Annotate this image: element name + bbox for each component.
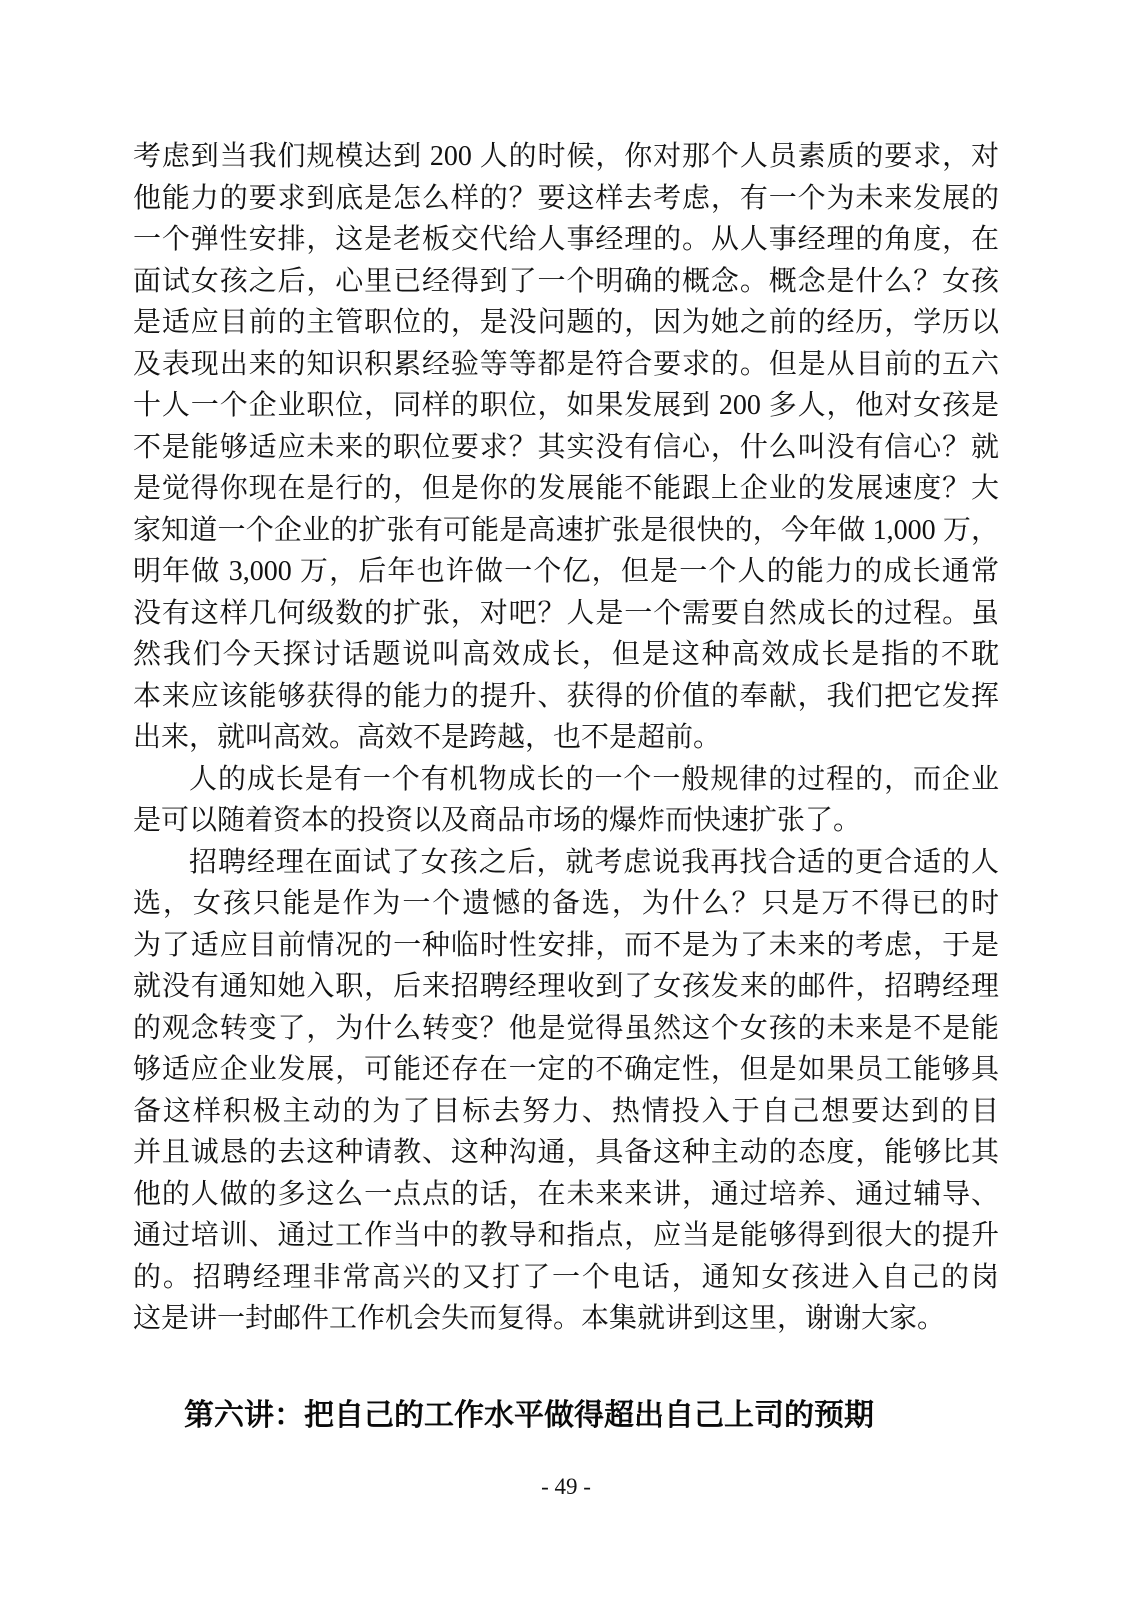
text-line: 这是讲一封邮件工作机会失而复得。本集就讲到这里，谢谢大家。 [133,1298,999,1340]
text-line: 明年做 3,000 万，后年也许做一个亿，但是一个人的能力的成长通常 [133,551,999,593]
text-line: 通过培训、通过工作当中的教导和指点，应当是能够得到很大的提升 [133,1215,999,1257]
text-line: 不是能够适应未来的职位要求？其实没有信心，什么叫没有信心？就 [133,427,999,469]
text-line: 够适应企业发展，可能还存在一定的不确定性，但是如果员工能够具 [133,1049,999,1091]
document-page: 考虑到当我们规模达到 200 人的时候，你对那个人员素质的要求，对 他能力的要求… [0,0,1131,1600]
text-line: 为了适应目前情况的一种临时性安排，而不是为了未来的考虑，于是 [133,925,999,967]
text-line: 本来应该能够获得的能力的提升、获得的价值的奉献，我们把它发挥 [133,676,999,718]
text-line: 并且诚恳的去这种请教、这种沟通，具备这种主动的态度，能够比其 [133,1132,999,1174]
page-number: - 49 - [133,1472,999,1502]
text-line: 没有这样几何级数的扩张，对吧？人是一个需要自然成长的过程。虽 [133,593,999,635]
text-line: 他能力的要求到底是怎么样的？要这样去考虑，有一个为未来发展的 [133,178,999,220]
text-line: 然我们今天探讨话题说叫高效成长，但是这种高效成长是指的不耽误， [133,634,999,676]
text-line: 出来，就叫高效。高效不是跨越，也不是超前。 [133,717,999,759]
text-line: 的观念转变了，为什么转变？他是觉得虽然这个女孩的未来是不是能 [133,1008,999,1050]
text-line: 是可以随着资本的投资以及商品市场的爆炸而快速扩张了。 [133,800,999,842]
text-line: 面试女孩之后，心里已经得到了一个明确的概念。概念是什么？女孩 [133,261,999,303]
text-line: 他的人做的多这么一点点的话，在未来来讲，通过培养、通过辅导、 [133,1174,999,1216]
text-line: 及表现出来的知识积累经验等等都是符合要求的。但是从目前的五六 [133,344,999,386]
text-line: 的。招聘经理非常高兴的又打了一个电话，通知女孩进入自己的岗位， [133,1257,999,1299]
text-line: 家知道一个企业的扩张有可能是高速扩张是很快的，今年做 1,000 万， [133,510,999,552]
text-line: 十人一个企业职位，同样的职位，如果发展到 200 多人，他对女孩是 [133,385,999,427]
text-line: 就没有通知她入职，后来招聘经理收到了女孩发来的邮件，招聘经理 [133,966,999,1008]
text-line: 是适应目前的主管职位的，是没问题的，因为她之前的经历，学历以 [133,302,999,344]
text-line: 备这样积极主动的为了目标去努力、热情投入于自己想要达到的目标， [133,1091,999,1133]
section-heading: 第六讲：把自己的工作水平做得超出自己上司的预期 [133,1396,925,1436]
text-line: 一个弹性安排，这是老板交代给人事经理的。从人事经理的角度，在 [133,219,999,261]
text-line: 考虑到当我们规模达到 200 人的时候，你对那个人员素质的要求，对 [133,136,999,178]
text-line: 人的成长是有一个有机物成长的一个一般规律的过程的，而企业 [133,759,999,801]
text-column: 考虑到当我们规模达到 200 人的时候，你对那个人员素质的要求，对 他能力的要求… [133,136,999,1502]
text-line: 招聘经理在面试了女孩之后，就考虑说我再找合适的更合适的人 [133,842,999,884]
text-line: 是觉得你现在是行的，但是你的发展能不能跟上企业的发展速度？大 [133,468,999,510]
text-line: 选，女孩只能是作为一个遗憾的备选，为什么？只是万不得已的时候， [133,883,999,925]
